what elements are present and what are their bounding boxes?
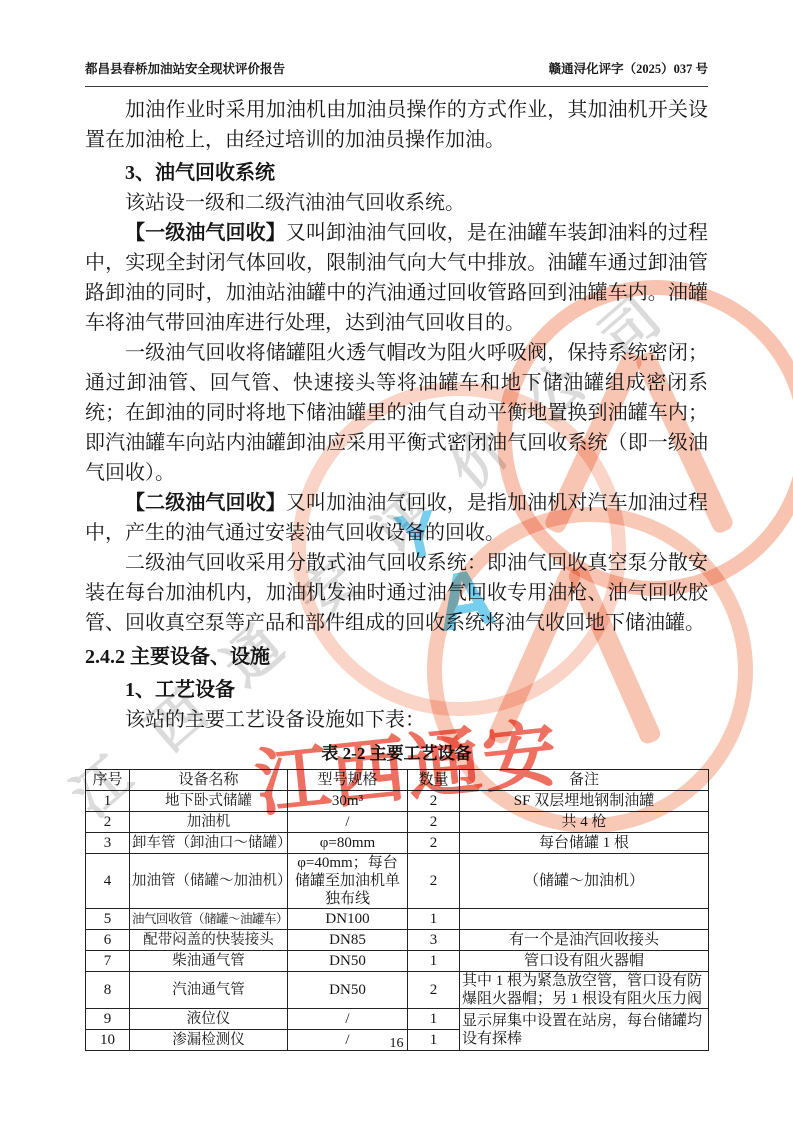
table-cell-name: 柴油通气管 — [130, 951, 288, 972]
table-cell-no: 5 — [86, 909, 130, 930]
table-header-cell: 备注 — [460, 770, 709, 791]
paragraph-container: 加油作业时采用加油机由加油员操作的方式作业，其加油机开关设置在加油枪上，由经过培… — [85, 95, 708, 735]
section-heading: 3、油气回收系统 — [85, 158, 708, 188]
header-rule — [85, 86, 708, 87]
table-cell-name: 加油机 — [130, 812, 288, 833]
paragraph-text: 一级油气回收将储罐阻火透气帽改为阻火呼吸阀，保持系统密闭；通过卸油管、回气管、快… — [85, 342, 708, 484]
paragraph: 二级油气回收采用分散式油气回收系统：即油气回收真空泵分散安装在每台加油机内，加油… — [85, 548, 708, 638]
document-page: 江西通安评价公司 江西通安 Y A 都昌县春桥加油站安全现状评价报告 赣通浔化评… — [0, 0, 793, 1121]
paragraph-text: 该站设一级和二级汽油油气回收系统。 — [125, 192, 465, 214]
section-heading: 2.4.2 主要设备、设施 — [85, 642, 708, 672]
paragraph: 【二级油气回收】又叫加油油气回收，是指加油机对汽车加油过程中，产生的油气通过安装… — [85, 488, 708, 548]
report-title-header: 都昌县春桥加油站安全现状评价报告 — [85, 59, 285, 77]
table-row: 6配带闷盖的快装接头DN853有一个是油汽回收接头 — [86, 930, 709, 951]
table-cell-name: 地下卧式储罐 — [130, 791, 288, 812]
paragraph: 该站设一级和二级汽油油气回收系统。 — [85, 188, 708, 218]
table-row: 8汽油通气管DN502其中 1 根为紧急放空管，管口设有防爆阻火器帽；另 1 根… — [86, 972, 709, 1009]
table-cell-spec: φ=80mm — [288, 833, 408, 854]
page-header: 都昌县春桥加油站安全现状评价报告 赣通浔化评字（2025）037 号 — [85, 59, 708, 77]
table-cell-no: 6 — [86, 930, 130, 951]
table-cell-name: 汽油通气管 — [130, 972, 288, 1009]
table-cell-spec: DN85 — [288, 930, 408, 951]
paragraph-lead-bold: 【二级油气回收】 — [125, 492, 286, 514]
table-cell-remark: （储罐～加油机） — [460, 854, 709, 909]
table-cell-remark — [460, 909, 709, 930]
table-caption: 表 2-2 主要工艺设备 — [85, 742, 708, 766]
table-cell-no: 9 — [86, 1009, 130, 1030]
table-cell-remark: 共 4 枪 — [460, 812, 709, 833]
page-number: 16 — [0, 1036, 793, 1052]
table-cell-qty: 1 — [408, 951, 460, 972]
table-cell-qty: 2 — [408, 791, 460, 812]
table-cell-spec: DN50 — [288, 951, 408, 972]
table-cell-qty: 2 — [408, 812, 460, 833]
table-cell-spec: / — [288, 1009, 408, 1030]
table-cell-qty: 2 — [408, 854, 460, 909]
paragraph: 【一级油气回收】又叫卸油油气回收，是在油罐车装卸油料的过程中，实现全封闭气体回收… — [85, 218, 708, 338]
table-cell-no: 4 — [86, 854, 130, 909]
table-cell-remark: 每台储罐 1 根 — [460, 833, 709, 854]
table-header-cell: 设备名称 — [130, 770, 288, 791]
table-cell-spec: 30m³ — [288, 791, 408, 812]
table-cell-remark: 其中 1 根为紧急放空管，管口设有防爆阻火器帽；另 1 根设有阻火压力阀 — [460, 972, 709, 1009]
table-cell-name: 液位仪 — [130, 1009, 288, 1030]
table-row: 4加油管（储罐～加油机）φ=40mm；每台储罐至加油机单独布线2（储罐～加油机） — [86, 854, 709, 909]
table-row: 5油气回收管（储罐～油罐车）DN1001 — [86, 909, 709, 930]
table-cell-spec: φ=40mm；每台储罐至加油机单独布线 — [288, 854, 408, 909]
table-cell-name: 加油管（储罐～加油机） — [130, 854, 288, 909]
table-cell-no: 1 — [86, 791, 130, 812]
document-body: 加油作业时采用加油机由加油员操作的方式作业，其加油机开关设置在加油枪上，由经过培… — [85, 95, 708, 1051]
document-number: 赣通浔化评字（2025）037 号 — [549, 59, 708, 77]
table-cell-name: 卸车管（卸油口～储罐） — [130, 833, 288, 854]
table-cell-no: 2 — [86, 812, 130, 833]
table-cell-no: 8 — [86, 972, 130, 1009]
paragraph-text: 1、工艺设备 — [125, 679, 235, 701]
table-header-cell: 序号 — [86, 770, 130, 791]
paragraph-text: 2.4.2 主要设备、设施 — [85, 646, 270, 668]
table-row: 1地下卧式储罐30m³2SF 双层埋地钢制油罐 — [86, 791, 709, 812]
table-cell-qty: 1 — [408, 909, 460, 930]
table-cell-name: 油气回收管（储罐～油罐车） — [130, 909, 288, 930]
table-cell-qty: 2 — [408, 972, 460, 1009]
table-cell-no: 3 — [86, 833, 130, 854]
table-cell-no: 7 — [86, 951, 130, 972]
table-header-cell: 型号规格 — [288, 770, 408, 791]
table-header-cell: 数量 — [408, 770, 460, 791]
paragraph: 加油作业时采用加油机由加油员操作的方式作业，其加油机开关设置在加油枪上，由经过培… — [85, 95, 708, 155]
table-cell-qty: 2 — [408, 833, 460, 854]
paragraph-text: 加油作业时采用加油机由加油员操作的方式作业，其加油机开关设置在加油枪上，由经过培… — [85, 99, 708, 151]
table-cell-remark: SF 双层埋地钢制油罐 — [460, 791, 709, 812]
table-cell-qty: 1 — [408, 1009, 460, 1030]
table-row: 7柴油通气管DN501管口设有阻火器帽 — [86, 951, 709, 972]
table-row: 2加油机/2共 4 枪 — [86, 812, 709, 833]
section-heading: 1、工艺设备 — [85, 675, 708, 705]
table-cell-spec: DN100 — [288, 909, 408, 930]
paragraph: 该站的主要工艺设备设施如下表： — [85, 705, 708, 735]
paragraph-text: 二级油气回收采用分散式油气回收系统：即油气回收真空泵分散安装在每台加油机内，加油… — [85, 552, 708, 634]
table-cell-remark: 有一个是油汽回收接头 — [460, 930, 709, 951]
paragraph: 一级油气回收将储罐阻火透气帽改为阻火呼吸阀，保持系统密闭；通过卸油管、回气管、快… — [85, 338, 708, 488]
equipment-table: 序号设备名称型号规格数量备注 1地下卧式储罐30m³2SF 双层埋地钢制油罐2加… — [85, 769, 709, 1051]
table-row: 3卸车管（卸油口～储罐）φ=80mm2每台储罐 1 根 — [86, 833, 709, 854]
paragraph-lead-bold: 【一级油气回收】 — [125, 222, 286, 244]
table-header-row: 序号设备名称型号规格数量备注 — [86, 770, 709, 791]
table-cell-spec: / — [288, 812, 408, 833]
table-cell-qty: 3 — [408, 930, 460, 951]
table-cell-spec: DN50 — [288, 972, 408, 1009]
paragraph-text: 该站的主要工艺设备设施如下表： — [125, 709, 425, 731]
paragraph-text: 3、油气回收系统 — [125, 162, 275, 184]
table-row: 9液位仪/1显示屏集中设置在站房，每台储罐均设有探棒 — [86, 1009, 709, 1030]
table-cell-remark: 管口设有阻火器帽 — [460, 951, 709, 972]
table-cell-name: 配带闷盖的快装接头 — [130, 930, 288, 951]
